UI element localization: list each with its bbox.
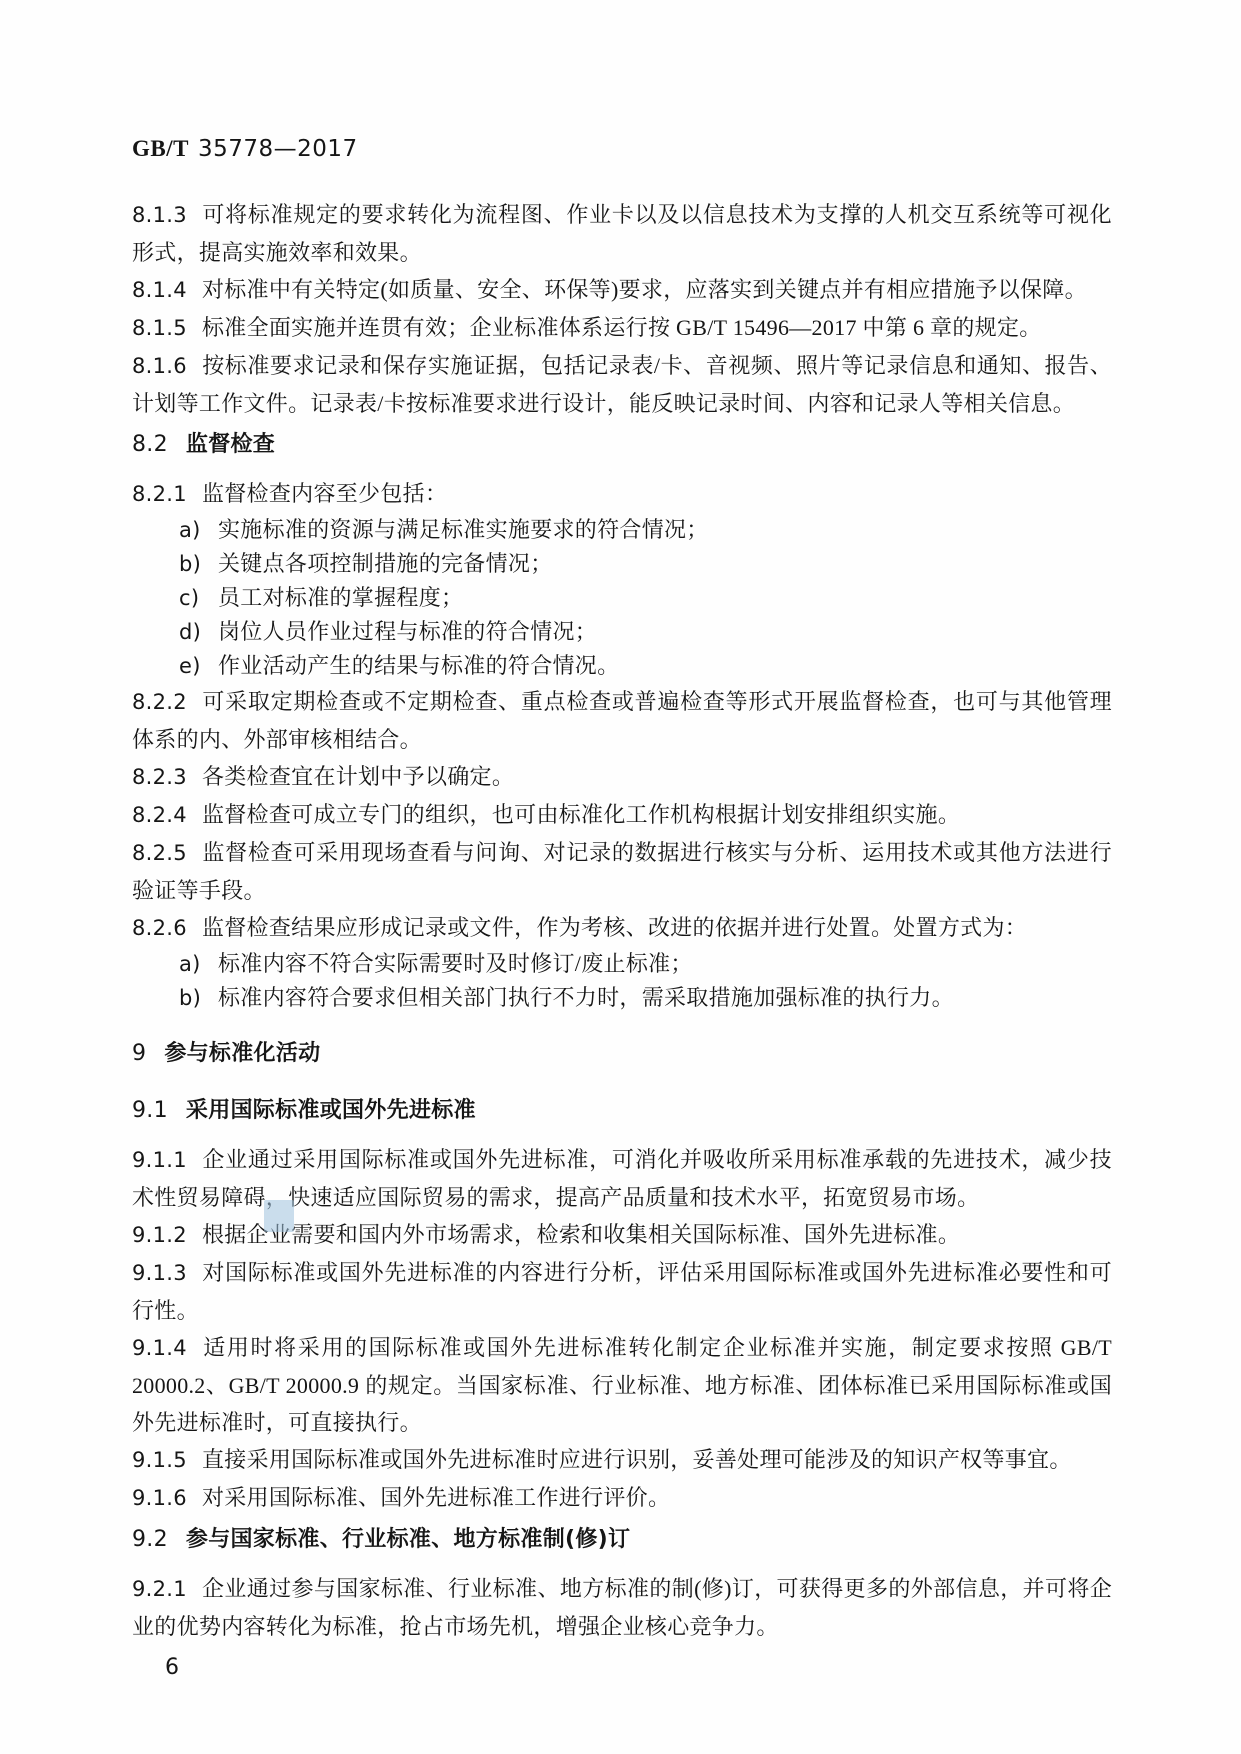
clause-number: b) xyxy=(179,547,218,581)
clause-number: 9.1.3 xyxy=(132,1261,187,1285)
list-item-e: e)作业活动产生的结果与标准的符合情况。 xyxy=(132,649,1112,683)
clause-8.1.6: 8.1.6按标准要求记录和保存实施证据，包括记录表/卡、音视频、照片等记录信息和… xyxy=(132,347,1112,422)
clause-number: 8.2.1 xyxy=(132,482,187,506)
clause-8.1.4: 8.1.4对标准中有关特定(如质量、安全、环保等)要求，应落实到关键点并有相应措… xyxy=(132,271,1112,309)
subsection-heading-9.1: 9.1采用国际标准或国外先进标准 xyxy=(132,1092,1112,1129)
clause-number: 9.1.5 xyxy=(132,1448,187,1472)
list-item-d: d)岗位人员作业过程与标准的符合情况； xyxy=(132,615,1112,649)
clause-number: 9.1.6 xyxy=(132,1486,187,1510)
running-header: GB/T35778—2017 xyxy=(132,136,358,162)
page-number: 6 xyxy=(165,1649,1112,1686)
clause-number: 9.2.1 xyxy=(132,1577,187,1601)
clause-text: 采用国际标准或国外先进标准 xyxy=(186,1098,476,1123)
clause-8.2.4: 8.2.4监督检查可成立专门的组织，也可由标准化工作机构根据计划安排组织实施。 xyxy=(132,796,1112,834)
clause-number: 8.2.6 xyxy=(132,916,187,940)
clause-text: 直接采用国际标准或国外先进标准时应进行识别，妥善处理可能涉及的知识产权等事宜。 xyxy=(202,1447,1072,1472)
subsection-heading-8.2: 8.2监督检查 xyxy=(132,426,1112,463)
clause-8.1.5: 8.1.5标准全面实施并连贯有效；企业标准体系运行按 GB/T 15496—20… xyxy=(132,309,1112,347)
clause-text: 对采用国际标准、国外先进标准工作进行评价。 xyxy=(202,1485,670,1510)
clause-text: 监督检查 xyxy=(186,432,275,457)
clause-number: 8.2.2 xyxy=(132,690,187,714)
clause-8.1.3: 8.1.3可将标准规定的要求转化为流程图、作业卡以及以信息技术为支撑的人机交互系… xyxy=(132,196,1112,271)
clause-8.2.6: 8.2.6监督检查结果应形成记录或文件，作为考核、改进的依据并进行处置。处置方式… xyxy=(132,909,1112,947)
list-item-a: a)标准内容不符合实际需要时及时修订/废止标准； xyxy=(132,947,1112,981)
list-item-b: b)标准内容符合要求但相关部门执行不力时，需采取措施加强标准的执行力。 xyxy=(132,981,1112,1015)
clause-text: 监督检查结果应形成记录或文件，作为考核、改进的依据并进行处置。处置方式为： xyxy=(202,915,1027,940)
clause-number: 8.1.3 xyxy=(132,203,187,227)
clause-text: 标准全面实施并连贯有效；企业标准体系运行按 GB/T 15496—2017 中第… xyxy=(202,315,1042,340)
clause-9.1.3: 9.1.3对国际标准或国外先进标准的内容进行分析，评估采用国际标准或国外先进标准… xyxy=(132,1254,1112,1329)
list-item-c: c)员工对标准的掌握程度； xyxy=(132,581,1112,615)
clause-number: 9.1.1 xyxy=(132,1148,187,1172)
clause-number: 8.2.4 xyxy=(132,803,187,827)
clause-text: 标准内容不符合实际需要时及时修订/废止标准； xyxy=(218,951,693,976)
section-heading-9: 9参与标准化活动 xyxy=(132,1035,1112,1072)
clause-text: 参与国家标准、行业标准、地方标准制(修)订 xyxy=(186,1527,630,1552)
document-page: GB/T35778—2017 8.1.3可将标准规定的要求转化为流程图、作业卡以… xyxy=(0,0,1241,1754)
clause-9.1.5: 9.1.5直接采用国际标准或国外先进标准时应进行识别，妥善处理可能涉及的知识产权… xyxy=(132,1441,1112,1479)
clause-text: 按标准要求记录和保存实施证据，包括记录表/卡、音视频、照片等记录信息和通知、报告… xyxy=(132,353,1112,416)
clause-8.2.2: 8.2.2可采取定期检查或不定期检查、重点检查或普遍检查等形式开展监督检查，也可… xyxy=(132,683,1112,758)
clause-number: 8.2 xyxy=(132,432,168,457)
list-item-b: b)关键点各项控制措施的完备情况； xyxy=(132,547,1112,581)
clause-text: 标准内容符合要求但相关部门执行不力时，需采取措施加强标准的执行力。 xyxy=(218,985,954,1010)
clause-text: 监督检查可成立专门的组织，也可由标准化工作机构根据计划安排组织实施。 xyxy=(202,802,960,827)
watermark-stamp xyxy=(264,1200,294,1232)
clause-text: 监督检查内容至少包括： xyxy=(202,481,447,506)
clause-number: 8.1.6 xyxy=(132,354,187,378)
clause-text: 监督检查可采用现场查看与问询、对记录的数据进行核实与分析、运用技术或其他方法进行… xyxy=(132,840,1112,903)
clause-number: a) xyxy=(179,513,218,547)
clause-text: 岗位人员作业过程与标准的符合情况； xyxy=(218,619,597,644)
clause-number: 9.1 xyxy=(132,1098,168,1123)
standard-code-prefix: GB/T xyxy=(132,136,189,161)
clause-number: 8.2.5 xyxy=(132,841,187,865)
clause-text: 可采取定期检查或不定期检查、重点检查或普遍检查等形式开展监督检查，也可与其他管理… xyxy=(132,689,1112,752)
clause-text: 可将标准规定的要求转化为流程图、作业卡以及以信息技术为支撑的人机交互系统等可视化… xyxy=(132,202,1112,265)
clause-text: 企业通过参与国家标准、行业标准、地方标准的制(修)订，可获得更多的外部信息，并可… xyxy=(132,1576,1112,1639)
clause-text: 对标准中有关特定(如质量、安全、环保等)要求，应落实到关键点并有相应措施予以保障… xyxy=(202,277,1087,302)
clause-number: d) xyxy=(179,615,218,649)
clause-text: 作业活动产生的结果与标准的符合情况。 xyxy=(218,653,619,678)
clause-text: 对国际标准或国外先进标准的内容进行分析，评估采用国际标准或国外先进标准必要性和可… xyxy=(132,1260,1112,1323)
standard-code-number: 35778—2017 xyxy=(198,136,358,162)
clause-text: 适用时将采用的国际标准或国外先进标准转化制定企业标准并实施，制定要求按照 GB/… xyxy=(132,1335,1112,1435)
clause-text: 关键点各项控制措施的完备情况； xyxy=(218,551,553,576)
subsection-heading-9.2: 9.2参与国家标准、行业标准、地方标准制(修)订 xyxy=(132,1521,1112,1558)
clause-number: c) xyxy=(179,581,218,615)
clause-9.1.4: 9.1.4适用时将采用的国际标准或国外先进标准转化制定企业标准并实施，制定要求按… xyxy=(132,1329,1112,1441)
clause-number: a) xyxy=(179,947,218,981)
clause-number: 8.2.3 xyxy=(132,765,187,789)
clause-text: 参与标准化活动 xyxy=(164,1041,320,1066)
clause-number: 9.2 xyxy=(132,1527,168,1552)
clause-8.2.5: 8.2.5监督检查可采用现场查看与问询、对记录的数据进行核实与分析、运用技术或其… xyxy=(132,834,1112,909)
clause-number: e) xyxy=(179,649,218,683)
clause-8.2.3: 8.2.3各类检查宜在计划中予以确定。 xyxy=(132,758,1112,796)
clause-8.2.1: 8.2.1监督检查内容至少包括： xyxy=(132,475,1112,513)
clause-text: 员工对标准的掌握程度； xyxy=(218,585,463,610)
clause-9.1.6: 9.1.6对采用国际标准、国外先进标准工作进行评价。 xyxy=(132,1479,1112,1517)
list-item-a: a)实施标准的资源与满足标准实施要求的符合情况； xyxy=(132,513,1112,547)
clause-text: 根据企业需要和国内外市场需求，检索和收集相关国际标准、国外先进标准。 xyxy=(202,1222,960,1247)
clause-9.2.1: 9.2.1企业通过参与国家标准、行业标准、地方标准的制(修)订，可获得更多的外部… xyxy=(132,1570,1112,1645)
clause-number: 8.1.4 xyxy=(132,278,187,302)
clause-number: 9.1.2 xyxy=(132,1223,187,1247)
clause-text: 实施标准的资源与满足标准实施要求的符合情况； xyxy=(218,517,709,542)
clause-number: b) xyxy=(179,981,218,1015)
document-content: 8.1.3可将标准规定的要求转化为流程图、作业卡以及以信息技术为支撑的人机交互系… xyxy=(132,196,1112,1686)
clause-number: 8.1.5 xyxy=(132,316,187,340)
clause-number: 9 xyxy=(132,1041,146,1066)
clause-number: 9.1.4 xyxy=(132,1336,187,1360)
clause-text: 各类检查宜在计划中予以确定。 xyxy=(202,764,514,789)
